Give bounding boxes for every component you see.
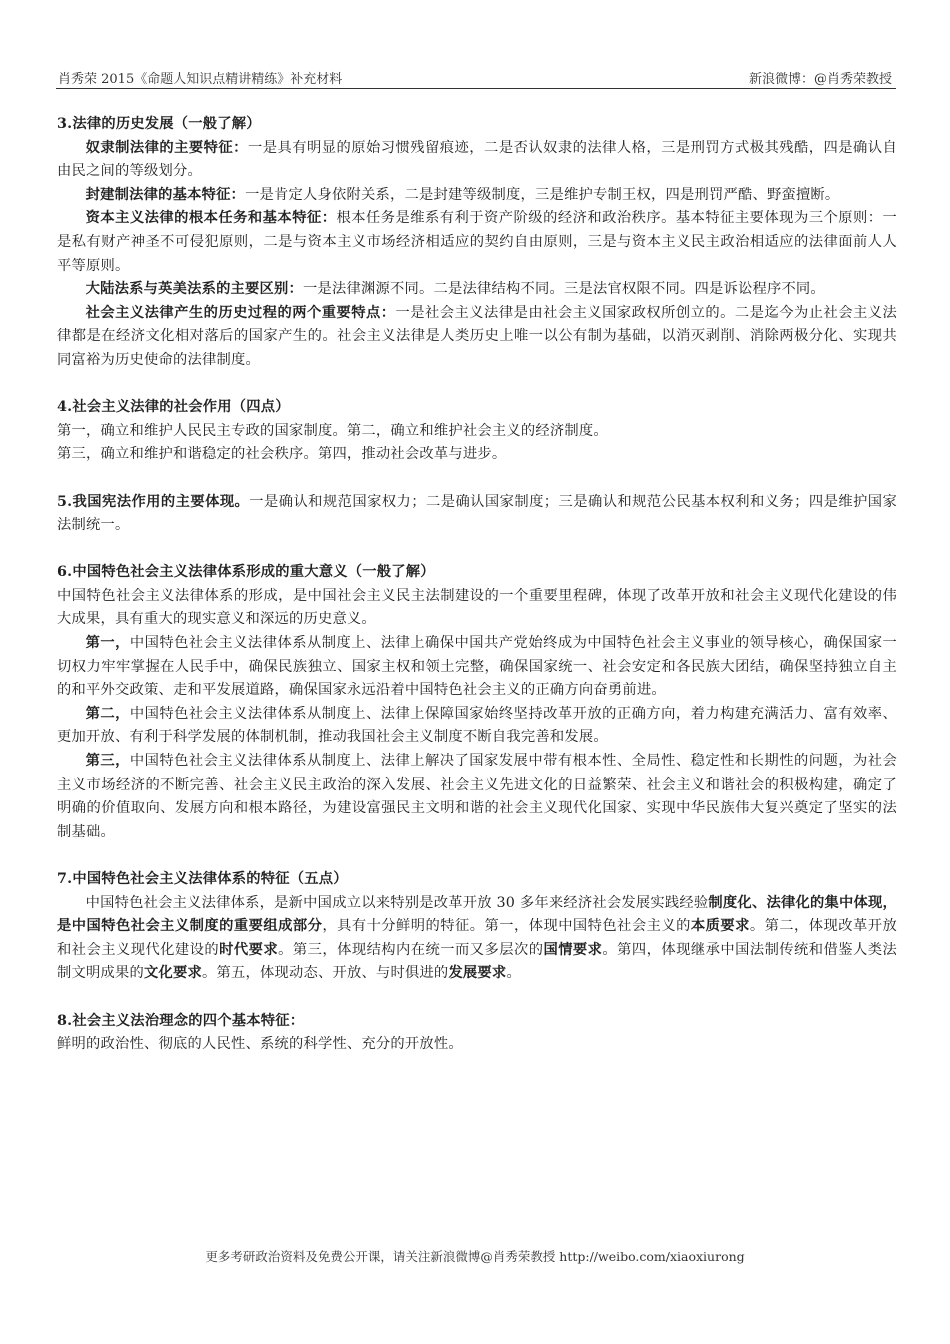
header-title: 肖秀荣 2015《命题人知识点精讲精练》补充材料 <box>58 68 342 87</box>
section-3-para-2: 封建制法律的基本特征：一是肯定人身依附关系，二是封建等级制度，三是维护专制王权，… <box>57 184 897 208</box>
section-7-para: 中国特色社会主义法律体系，是新中国成立以来特别是改革开放 30 多年来经济社会发… <box>57 892 897 986</box>
section-3-para-4: 大陆法系与英美法系的主要区别：一是法律渊源不同。二是法律结构不同。三是法官权限不… <box>57 278 897 302</box>
spacer <box>57 467 897 491</box>
section-6-intro: 中国特色社会主义法律体系的形成，是中国社会主义民主法制建设的一个重要里程碑，体现… <box>57 585 897 632</box>
spacer <box>57 373 897 397</box>
section-7-title: 7.中国特色社会主义法律体系的特征（五点） <box>57 868 897 892</box>
term: 资本主义法律的根本任务和基本特征： <box>86 210 337 226</box>
section-5-title: 5.我国宪法作用的主要体现。 <box>57 494 249 510</box>
section-3-para-1: 奴隶制法律的主要特征：一是具有明显的原始习惯残留痕迹，二是否认奴隶的法律人格，三… <box>57 137 897 184</box>
section-5-para: 5.我国宪法作用的主要体现。一是确认和规范国家权力；二是确认国家制度；三是确认和… <box>57 491 897 538</box>
section-6-para-2: 第二，中国特色社会主义法律体系从制度上、法律上保障国家始终坚持改革开放的正确方向… <box>57 703 897 750</box>
term: 大陆法系与英美法系的主要区别： <box>86 281 303 297</box>
section-3-para-5: 社会主义法律产生的历史过程的两个重要特点：一是社会主义法律是由社会主义国家政权所… <box>57 302 897 373</box>
section-6-para-3: 第三，中国特色社会主义法律体系从制度上、法律上解决了国家发展中带有根本性、全局性… <box>57 750 897 844</box>
section-4-line-2: 第三，确立和维护和谐稳定的社会秩序。第四，推动社会改革与进步。 <box>57 443 897 467</box>
term: 封建制法律的基本特征： <box>86 187 245 203</box>
section-4-line-1: 第一，确立和维护人民民主专政的国家制度。第二，确立和维护社会主义的经济制度。 <box>57 420 897 444</box>
section-4-title: 4.社会主义法律的社会作用（四点） <box>57 396 897 420</box>
page-footer: 更多考研政治资料及免费公开课，请关注新浪微博@肖秀荣教授 http://weib… <box>0 1247 950 1265</box>
section-6-title: 6.中国特色社会主义法律体系形成的重大意义（一般了解） <box>57 561 897 585</box>
section-3-para-3: 资本主义法律的根本任务和基本特征：根本任务是维系有利于资产阶级的经济和政治秩序。… <box>57 207 897 278</box>
term: 奴隶制法律的主要特征： <box>86 140 248 156</box>
page-header: 肖秀荣 2015《命题人知识点精讲精练》补充材料 新浪微博：@肖秀荣教授 <box>56 64 896 89</box>
spacer <box>57 538 897 562</box>
section-8-text: 鲜明的政治性、彻底的人民性、系统的科学性、充分的开放性。 <box>57 1033 897 1057</box>
section-8-title: 8.社会主义法治理念的四个基本特征： <box>57 1010 897 1034</box>
document-body: 3.法律的历史发展（一般了解） 奴隶制法律的主要特征：一是具有明显的原始习惯残留… <box>57 113 897 1057</box>
spacer <box>57 844 897 868</box>
section-6-para-1: 第一，中国特色社会主义法律体系从制度上、法律上确保中国共产党始终成为中国特色社会… <box>57 632 897 703</box>
spacer <box>57 986 897 1010</box>
section-3-title: 3.法律的历史发展（一般了解） <box>57 113 897 137</box>
term: 社会主义法律产生的历史过程的两个重要特点： <box>86 305 396 321</box>
header-weibo: 新浪微博：@肖秀荣教授 <box>749 68 892 87</box>
